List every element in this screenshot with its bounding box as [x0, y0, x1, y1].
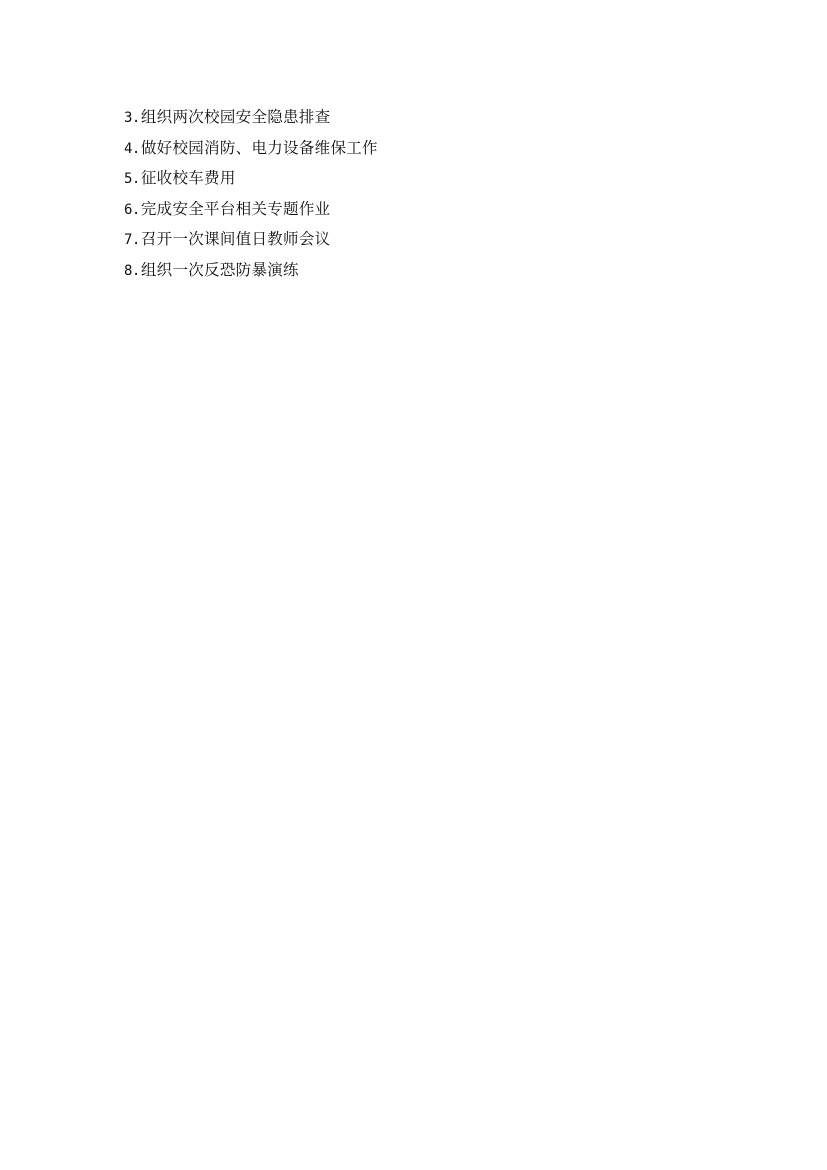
item-text: 组织两次校园安全隐患排查: [141, 108, 331, 126]
list-item: 7.召开一次课间值日教师会议: [124, 228, 378, 259]
item-number: 5.: [124, 171, 140, 187]
item-text: 做好校园消防、电力设备维保工作: [141, 139, 378, 157]
item-text: 完成安全平台相关专题作业: [141, 200, 331, 218]
list-item: 4.做好校园消防、电力设备维保工作: [124, 137, 378, 168]
item-text: 征收校车费用: [141, 169, 236, 187]
item-number: 3.: [124, 110, 140, 126]
item-number: 8.: [124, 263, 140, 279]
document-page: 3.组织两次校园安全隐患排查 4.做好校园消防、电力设备维保工作 5.征收校车费…: [0, 0, 827, 1170]
item-number: 4.: [124, 141, 140, 157]
item-text: 召开一次课间值日教师会议: [141, 230, 331, 248]
item-number: 6.: [124, 202, 140, 218]
task-list: 3.组织两次校园安全隐患排查 4.做好校园消防、电力设备维保工作 5.征收校车费…: [124, 106, 378, 290]
item-text: 组织一次反恐防暴演练: [141, 261, 299, 279]
list-item: 5.征收校车费用: [124, 167, 378, 198]
list-item: 6.完成安全平台相关专题作业: [124, 198, 378, 229]
list-item: 8.组织一次反恐防暴演练: [124, 259, 378, 290]
item-number: 7.: [124, 232, 140, 248]
list-item: 3.组织两次校园安全隐患排查: [124, 106, 378, 137]
